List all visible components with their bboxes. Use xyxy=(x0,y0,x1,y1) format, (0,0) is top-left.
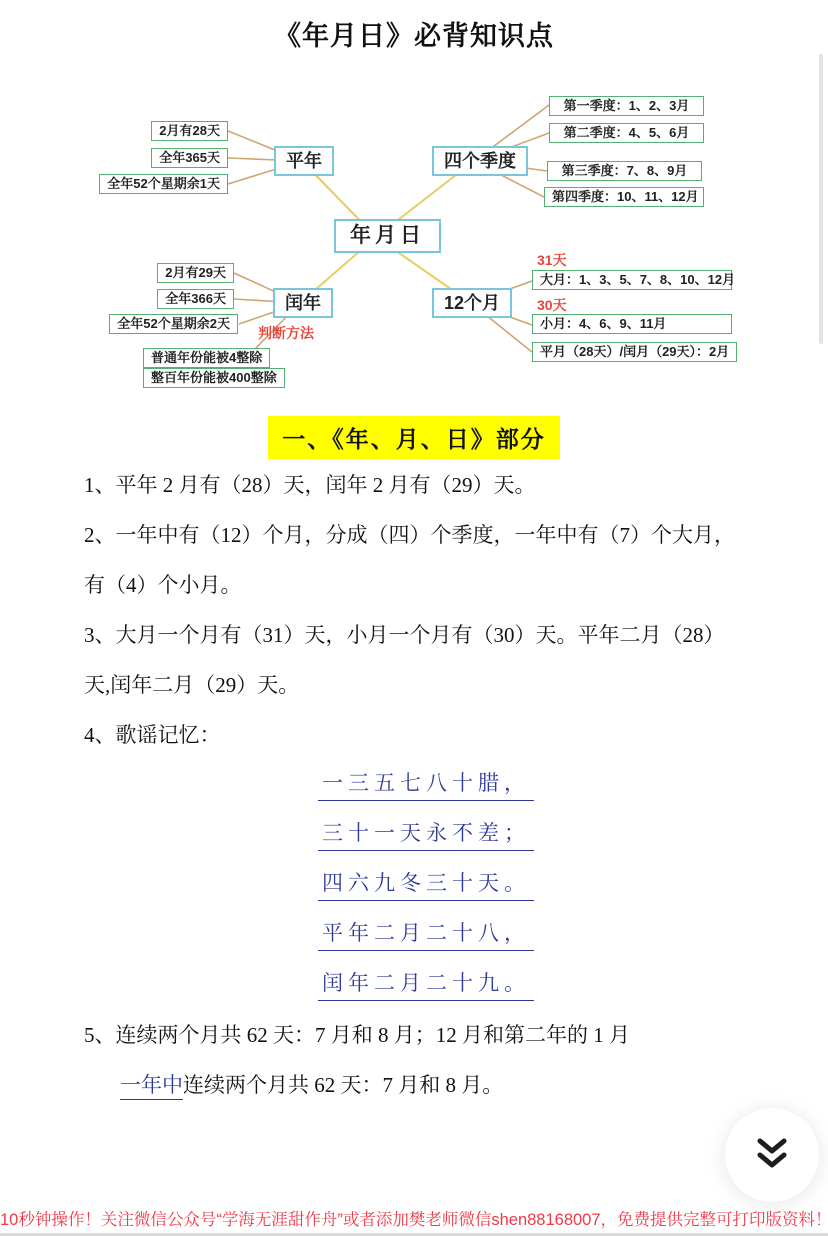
branch-leap-year: 闰年 xyxy=(273,288,333,318)
section-heading: 一、《年、月、日》部分 xyxy=(268,416,560,459)
mindmap-center-node: 年月日 xyxy=(334,219,441,253)
knowledge-item-2-line1: 2、一年中有（12）个月，分成（四）个季度，一年中有（7）个大月， xyxy=(84,510,768,560)
leaf-52-weeks-1: 全年52个星期余1天 xyxy=(99,174,228,194)
promo-footer-text: 10秒钟操作！关注微信公众号“学海无涯甜作舟”或者添加樊老师微信shen8816… xyxy=(0,1206,828,1230)
section-heading-wrap: 一、《年、月、日》部分 xyxy=(0,416,828,459)
leaf-divisible-by-400: 整百年份能被400整除 xyxy=(143,368,285,388)
knowledge-item-1: 1、平年 2 月有（28）天，闰年 2 月有（29）天。 xyxy=(84,460,768,510)
leaf-365-days: 全年365天 xyxy=(151,148,228,168)
leaf-52-weeks-2: 全年52个星期余2天 xyxy=(109,314,238,334)
song-line-5: 闰年二月二十九。 xyxy=(318,970,534,1001)
double-chevron-down-icon xyxy=(752,1137,792,1173)
leaf-quarter-2: 第二季度：4、5、6月 xyxy=(549,123,704,143)
song-line-row: 三十一天永不差； xyxy=(84,810,768,860)
item-5-rest: 连续两个月共 62 天：7 月和 8 月。 xyxy=(183,1073,503,1097)
leaf-quarter-1: 第一季度：1、2、3月 xyxy=(549,96,704,116)
leaf-big-months: 大月：1、3、5、7、8、10、12月 xyxy=(532,270,732,290)
knowledge-item-5-line1: 5、连续两个月共 62 天：7 月和 8 月；12 月和第二年的 1 月 xyxy=(84,1010,768,1060)
document-page: 《年月日》必背知识点 2月有28天 全年365天 xyxy=(0,0,828,1236)
judge-method-label: 判断方法 xyxy=(258,323,314,343)
leaf-366-days: 全年366天 xyxy=(157,289,234,309)
scroll-to-bottom-button[interactable] xyxy=(725,1108,819,1202)
branch-four-quarters: 四个季度 xyxy=(432,146,528,176)
knowledge-item-4: 4、歌谣记忆： xyxy=(84,710,768,760)
leaf-small-months: 小月：4、6、9、11月 xyxy=(532,314,732,334)
branch-common-year: 平年 xyxy=(274,146,334,176)
song-line-2: 三十一天永不差； xyxy=(318,820,534,851)
leaf-quarter-3: 第三季度：7、8、9月 xyxy=(547,161,702,181)
song-line-3: 四六九冬三十天。 xyxy=(318,870,534,901)
knowledge-item-5-line2: 一年中连续两个月共 62 天：7 月和 8 月。 xyxy=(84,1060,768,1110)
leaf-quarter-4: 第四季度：10、11、12月 xyxy=(544,187,704,207)
knowledge-item-3-line1: 3、大月一个月有（31）天，小月一个月有（30）天。平年二月（28） xyxy=(84,610,768,660)
song-line-row: 平年二月二十八， xyxy=(84,910,768,960)
song-line-row: 四六九冬三十天。 xyxy=(84,860,768,910)
leaf-divisible-by-4: 普通年份能被4整除 xyxy=(143,348,270,368)
label-31-days: 31天 xyxy=(537,250,567,270)
label-30-days: 30天 xyxy=(537,295,567,315)
leaf-february: 平月（28天）/闰月（29天）：2月 xyxy=(532,342,737,362)
vertical-scrollbar-thumb[interactable] xyxy=(819,54,823,344)
knowledge-item-2-line2: 有（4）个小月。 xyxy=(84,560,768,610)
knowledge-item-3-line2: 天,闰年二月（29）天。 xyxy=(84,660,768,710)
leaf-feb-29: 2月有29天 xyxy=(157,263,234,283)
song-line-row: 一三五七八十腊， xyxy=(84,760,768,810)
document-body: 1、平年 2 月有（28）天，闰年 2 月有（29）天。 2、一年中有（12）个… xyxy=(84,460,768,1110)
leaf-feb-28: 2月有28天 xyxy=(151,121,228,141)
song-line-row: 闰年二月二十九。 xyxy=(84,960,768,1010)
branch-12-months: 12个月 xyxy=(432,288,512,318)
item-5-underlined-phrase: 一年中 xyxy=(120,1073,183,1100)
song-line-1: 一三五七八十腊， xyxy=(318,770,534,801)
song-line-4: 平年二月二十八， xyxy=(318,920,534,951)
